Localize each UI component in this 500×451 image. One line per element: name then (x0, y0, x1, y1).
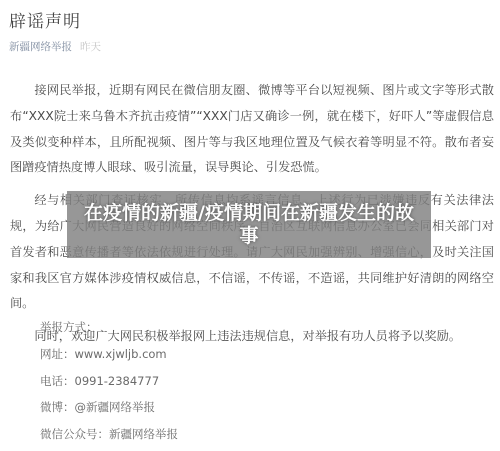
article-meta: 新疆网络举报昨天 (9, 39, 101, 54)
contact-phone: 电话：0991-2384777 (40, 370, 178, 397)
caption-overlay: 在疫情的新疆/疫情期间在新疆发生的故事 (67, 191, 431, 258)
contact-weibo: 微博：@新疆网络举报 (40, 396, 178, 423)
contact-website-link[interactable]: 网址：www.xjwljb.com (40, 343, 178, 370)
article-title: 辟谣声明 (9, 7, 81, 32)
overlay-caption-text: 在疫情的新疆/疫情期间在新疆发生的故事 (84, 202, 414, 248)
publish-time: 昨天 (80, 41, 101, 53)
contact-wechat: 微信公众号：新疆网络举报 (40, 423, 178, 450)
account-name-link[interactable]: 新疆网络举报 (9, 41, 72, 53)
contact-heading: 举报方式： (40, 316, 178, 343)
paragraph-1: 接网民举报，近期有网民在微信朋友圈、微博等平台以短视频、图片或文字等形式散布“X… (10, 78, 494, 181)
contact-info: 举报方式： 网址：www.xjwljb.com 电话：0991-2384777 … (40, 316, 178, 450)
